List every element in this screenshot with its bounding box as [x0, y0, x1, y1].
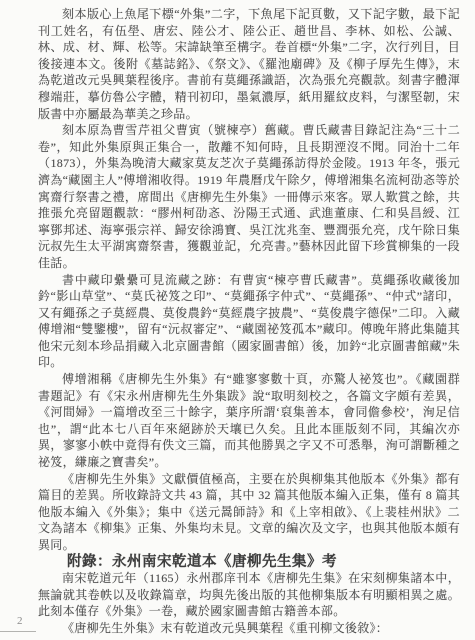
page-body: 刻本版心上魚尾下標“外集”二字，下魚尾下記頁數，又下記字數，最下記刊工姓名，有伍… — [38, 6, 460, 637]
appendix-paragraph: 南宋乾道元年（1165）永州郡庠刊本《唐柳先生集》在宋刻柳集諸本中，無論就其卷帙… — [38, 570, 460, 620]
appendix-paragraph: 《唐柳先生外集》末有乾道改元吳興葉程《重刊柳文後敘》： — [38, 620, 460, 637]
paragraph: 書中藏印纍纍可見流藏之跡：有曹寅“楝亭曹氏藏書”。莫繩孫收藏後加鈐“影山草堂”、… — [38, 272, 460, 372]
book-page: 刻本版心上魚尾下標“外集”二字，下魚尾下記頁數，又下記字數，最下記刊工姓名，有伍… — [0, 0, 475, 640]
page-number: 2 — [17, 615, 23, 627]
paragraph: 刻本版心上魚尾下標“外集”二字，下魚尾下記頁數，又下記字數，最下記刊工姓名，有伍… — [38, 6, 460, 122]
appendix-heading: 附錄：永州南宋乾道本《唐柳先生集》考 — [38, 554, 460, 571]
paragraph: 《唐柳先生外集》文獻價值極高，主要在於與柳集其他版本《外集》都有篇目的差異。所收… — [38, 471, 460, 554]
paragraph: 刻本原為曹雪芹祖父曹寅（號楝亭）舊藏。曹氏藏書目錄記注為“三十二卷”，知此外集原… — [38, 122, 460, 271]
footer-rule — [0, 631, 36, 632]
paragraph: 傅增湘稱《唐柳先生外集》有“雖寥寥數十頁，亦驚人祕笈也”。《藏園群書題記》有《宋… — [38, 371, 460, 471]
